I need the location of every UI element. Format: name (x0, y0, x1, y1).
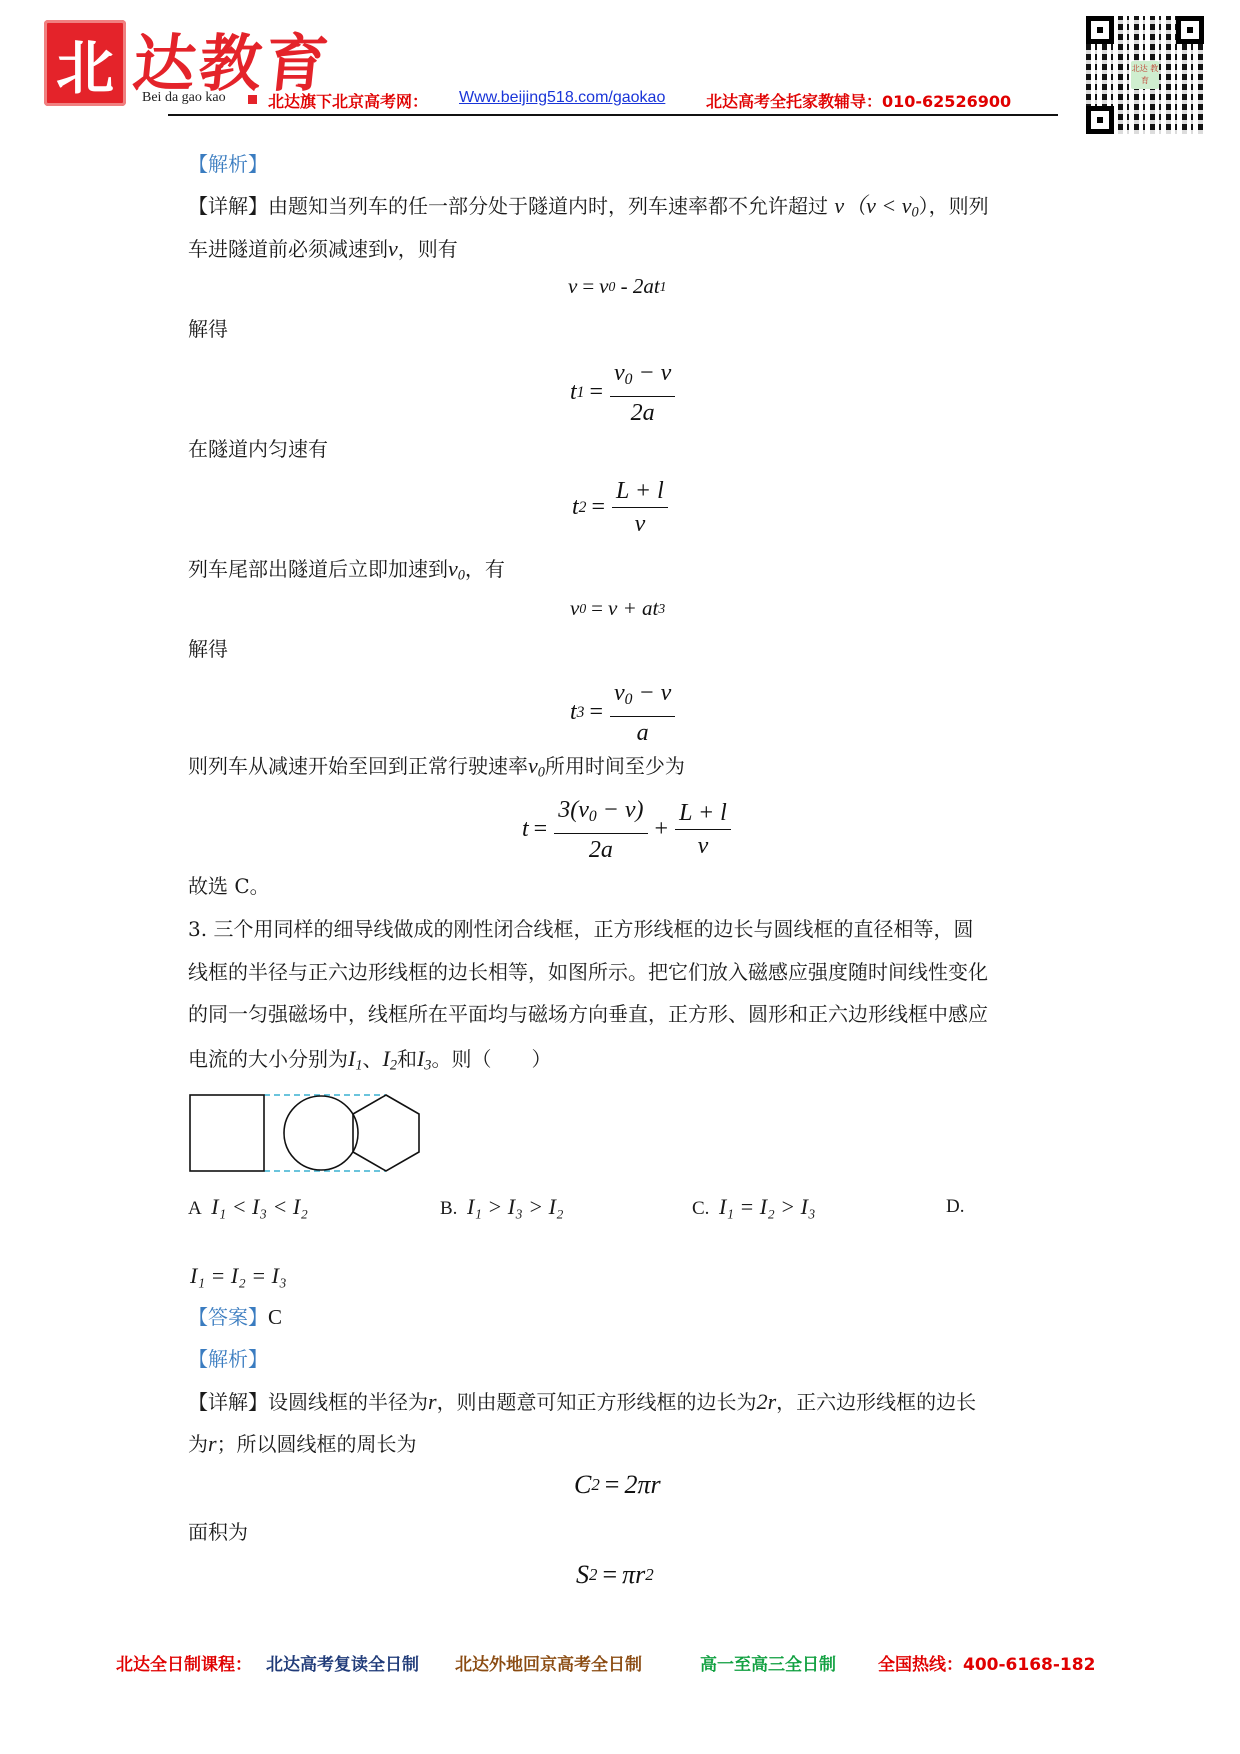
analysis-tag: 【解析】 (188, 150, 268, 178)
site-label: 北达旗下北京高考网： (268, 89, 428, 112)
equation-3: t2= L + lv (572, 476, 670, 539)
equation-c2: C2=2πr (574, 1470, 661, 1500)
detail-paragraph-line1: 【详解】由题知当列车的任一部分处于隧道内时，列车速率都不允许超过 v（v < v… (188, 192, 989, 227)
option-a[interactable]: A I₁ < I₃ < I₂ (188, 1193, 308, 1223)
footer-course-1: 北达高考复读全日制 (266, 1650, 419, 1675)
qr-finder-icon (1086, 16, 1114, 44)
text: ，则有 (398, 237, 458, 261)
analysis-tag: 【解析】 (188, 1345, 268, 1373)
solve-label: 解得 (188, 635, 228, 663)
footer-course-3: 高一至高三全日制 (700, 1650, 836, 1675)
solve-label: 解得 (188, 315, 228, 343)
equation-5: t3= v0 − va (570, 678, 677, 748)
circle-shape (284, 1096, 358, 1170)
footer-course-2: 北达外地回京高考全日制 (455, 1650, 642, 1675)
conclusion-text: 故选 C。 (188, 872, 270, 900)
question3-line3: 的同一匀强磁场中，线框所在平面均与磁场方向垂直，正方形、圆形和正六边形线框中感应 (188, 1000, 988, 1028)
shapes-figure (188, 1093, 438, 1175)
equation-s2: S2=πr2 (576, 1560, 654, 1590)
tutor-hotline: 北达高考全托家教辅导：010-62526900 (706, 89, 1011, 112)
detail-paragraph-line2: 车进隧道前必须减速到v，则有 (188, 235, 458, 263)
footer-label: 北达全日制课程： (116, 1650, 252, 1675)
equation-2: t1= v0 − v2a (570, 358, 677, 428)
qr-finder-icon (1176, 16, 1204, 44)
hexagon-shape (353, 1095, 419, 1171)
text: ），则列 (919, 194, 989, 218)
equation-6: t= 3(v0 − v)2a + L + lv (522, 795, 733, 865)
answer-line: 【答案】C (188, 1303, 282, 1331)
tunnel-text: 在隧道内匀速有 (188, 435, 328, 463)
text: 车进隧道前必须减速到 (188, 237, 388, 261)
square-shape (190, 1095, 264, 1171)
equation-4: v0=v + at3 (570, 596, 665, 621)
logo-subtitle: Bei da gao kao (142, 90, 226, 106)
math-inline: v (388, 236, 398, 261)
math-inline: v（v < v0 (834, 193, 918, 218)
area-text: 面积为 (188, 1518, 248, 1546)
question3-line4: 电流的大小分别为I1、I2和I3。则（ ） (188, 1045, 551, 1080)
exit-text: 列车尾部出隧道后立即加速到v0，有 (188, 555, 505, 590)
equation-1: v=v0 - 2at1 (568, 274, 666, 299)
logo-seal: 北 (44, 20, 126, 106)
option-b[interactable]: B. I₁ > I₃ > I₂ (440, 1193, 564, 1223)
bullet-square-icon (248, 95, 257, 104)
qr-logo: 北达 教育 (1131, 61, 1159, 89)
option-c[interactable]: C. I₁ = I₂ > I₃ (692, 1193, 816, 1223)
header-divider (168, 114, 1058, 116)
detail-tag: 【详解】 (188, 194, 268, 218)
footer-hotline: 全国热线：400-6168-182 (878, 1650, 1095, 1675)
question3-line2: 线框的半径与正六边形线框的边长相等，如图所示。把它们放入磁感应强度随时间线性变化 (188, 958, 988, 986)
q3-detail-line1: 【详解】设圆线框的半径为r，则由题意可知正方形线框的边长为2r，正六边形线框的边… (188, 1388, 976, 1416)
qr-finder-icon (1086, 106, 1114, 134)
option-d-label[interactable]: D. (946, 1193, 964, 1221)
q3-detail-line2: 为r；所以圆线框的周长为 (188, 1430, 417, 1458)
option-d-text[interactable]: I₁ = I₂ = I₃ (190, 1262, 287, 1290)
text: 由题知当列车的任一部分处于隧道内时，列车速率都不允许超过 (268, 194, 828, 218)
question3-line1: 3. 三个用同样的细导线做成的刚性闭合线框，正方形线框的边长与圆线框的直径相等，… (188, 915, 973, 943)
total-time-text: 则列车从减速开始至回到正常行驶速率v0所用时间至少为 (188, 752, 685, 787)
site-link[interactable]: Www.beijing518.com/gaokao (459, 89, 665, 107)
